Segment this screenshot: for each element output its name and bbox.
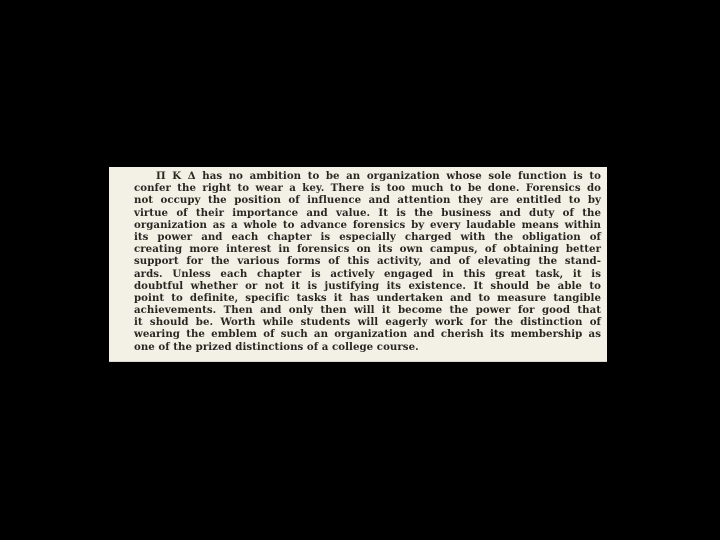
text-line: achievements. Then and only then will it… — [134, 304, 601, 316]
text-line: Π K Δ has no ambition to be an organizat… — [134, 170, 601, 182]
body-paragraph: Π K Δ has no ambition to be an organizat… — [134, 170, 601, 353]
text-line: point to definite, specific tasks it has… — [134, 292, 601, 304]
text-line: it should be. Worth while students will … — [134, 316, 601, 328]
text-line: organization as a whole to advance foren… — [134, 219, 601, 231]
text-line: creating more interest in forensics on i… — [134, 243, 601, 255]
text-line: its power and each chapter is especially… — [134, 231, 601, 243]
text-line: not occupy the position of influence and… — [134, 194, 601, 206]
text-line: support for the various forms of this ac… — [134, 255, 601, 267]
text-line: doubtful whether or not it is justifying… — [134, 280, 601, 292]
text-line: wearing the emblem of such an organizati… — [134, 328, 601, 340]
text-line: ards. Unless each chapter is actively en… — [134, 268, 601, 280]
text-line: confer the right to wear a key. There is… — [134, 182, 601, 194]
newspaper-clipping: Π K Δ has no ambition to be an organizat… — [109, 167, 607, 362]
text-line: virtue of their importance and value. It… — [134, 207, 601, 219]
text-line: one of the prized distinctions of a coll… — [134, 341, 601, 353]
